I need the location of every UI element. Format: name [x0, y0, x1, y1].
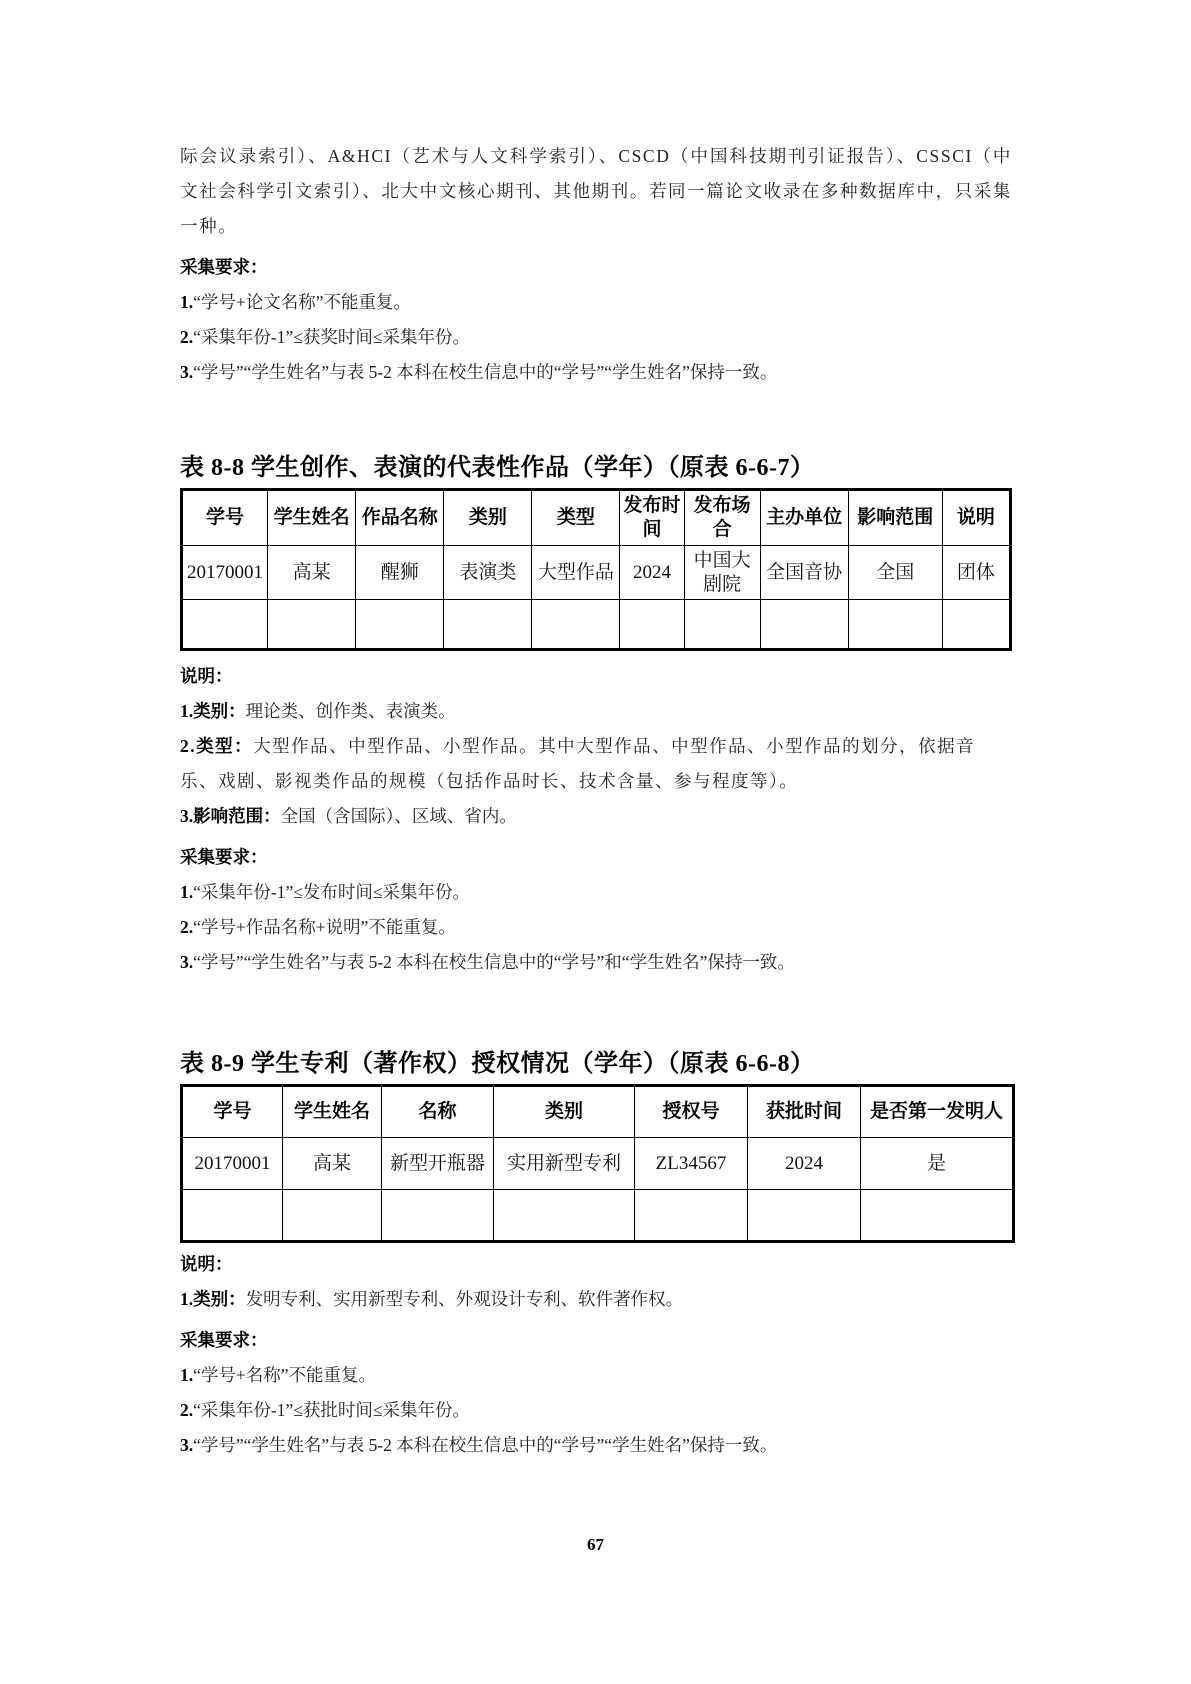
table-cell — [382, 1190, 494, 1242]
column-header: 授权号 — [635, 1086, 748, 1138]
table-cell: ZL34567 — [635, 1138, 748, 1190]
table-cell — [848, 600, 942, 650]
table-cell: 表演类 — [444, 546, 532, 600]
table-cell — [748, 1190, 861, 1242]
table-cell — [760, 600, 848, 650]
notes-heading: 说明： — [180, 659, 1012, 694]
column-header: 类别 — [444, 490, 532, 546]
column-header: 作品名称 — [356, 490, 444, 546]
table-cell: 高某 — [268, 546, 356, 600]
table-cell: 全国 — [848, 546, 942, 600]
table-cell: 20170001 — [182, 546, 268, 600]
table-cell: 高某 — [283, 1138, 382, 1190]
table-cell: 全国音协 — [760, 546, 848, 600]
table-row-empty — [182, 600, 1011, 650]
table-cell: 2024 — [620, 546, 684, 600]
note-item: 2.类型：大型作品、中型作品、小型作品。其中大型作品、中型作品、小型作品的划分，… — [180, 729, 1012, 799]
table-title: 表 8-8 学生创作、表演的代表性作品（学年）（原表 6-6-7） — [180, 448, 1012, 488]
requirements-heading: 采集要求： — [180, 840, 1012, 875]
requirement-item: 3.“学号”“学生姓名”与表 5-2 本科在校生信息中的“学号”“学生姓名”保持… — [180, 1428, 1012, 1463]
table-cell: 大型作品 — [532, 546, 620, 600]
table-cell — [635, 1190, 748, 1242]
note-item: 1.类别：理论类、创作类、表演类。 — [180, 694, 1012, 729]
column-header: 学号 — [182, 490, 268, 546]
column-header: 发布时间 — [620, 490, 684, 546]
column-header: 类别 — [494, 1086, 635, 1138]
table-cell: 醒狮 — [356, 546, 444, 600]
requirements-heading: 采集要求： — [180, 250, 1012, 285]
table-row-empty — [182, 1190, 1014, 1242]
table-cell — [861, 1190, 1014, 1242]
table-cell: 是 — [861, 1138, 1014, 1190]
column-header: 获批时间 — [748, 1086, 861, 1138]
column-header: 说明 — [942, 490, 1010, 546]
table-cell — [182, 600, 268, 650]
column-header: 学号 — [182, 1086, 283, 1138]
note-item: 1.类别：发明专利、实用新型专利、外观设计专利、软件著作权。 — [180, 1282, 1012, 1317]
requirement-item: 3.“学号”“学生姓名”与表 5-2 本科在校生信息中的“学号”“学生姓名”保持… — [180, 355, 1012, 390]
column-header: 学生姓名 — [283, 1086, 382, 1138]
column-header: 主办单位 — [760, 490, 848, 546]
table-cell: 中国大剧院 — [684, 546, 760, 600]
table-cell: 20170001 — [182, 1138, 283, 1190]
table-header-row: 学号 学生姓名 名称 类别 授权号 获批时间 是否第一发明人 — [182, 1086, 1014, 1138]
table-cell — [942, 600, 1010, 650]
requirement-item: 2.“采集年份-1”≤获批时间≤采集年份。 — [180, 1393, 1012, 1428]
column-header: 学生姓名 — [268, 490, 356, 546]
table-cell — [356, 600, 444, 650]
table-title: 表 8-9 学生专利（著作权）授权情况（学年）（原表 6-6-8） — [180, 1044, 1012, 1084]
table-8-9-section: 表 8-9 学生专利（著作权）授权情况（学年）（原表 6-6-8） 学号 学生姓… — [180, 1044, 1012, 1463]
table-cell — [532, 600, 620, 650]
intro-section: 际会议录索引）、A&HCI（艺术与人文科学索引）、CSCD（中国科技期刊引证报告… — [180, 139, 1012, 390]
requirement-item: 1.“采集年份-1”≤发布时间≤采集年份。 — [180, 875, 1012, 910]
table-cell: 团体 — [942, 546, 1010, 600]
table-8-9: 学号 学生姓名 名称 类别 授权号 获批时间 是否第一发明人 20170001 … — [180, 1084, 1015, 1243]
requirement-item: 1.“学号+论文名称”不能重复。 — [180, 285, 1012, 320]
table-row: 20170001 高某 醒狮 表演类 大型作品 2024 中国大剧院 全国音协 … — [182, 546, 1011, 600]
requirement-item: 3.“学号”“学生姓名”与表 5-2 本科在校生信息中的“学号”和“学生姓名”保… — [180, 945, 1012, 980]
requirement-item: 2.“学号+作品名称+说明”不能重复。 — [180, 910, 1012, 945]
column-header: 名称 — [382, 1086, 494, 1138]
table-cell: 2024 — [748, 1138, 861, 1190]
table-row: 20170001 高某 新型开瓶器 实用新型专利 ZL34567 2024 是 — [182, 1138, 1014, 1190]
column-header: 发布场合 — [684, 490, 760, 546]
notes-heading: 说明： — [180, 1247, 1012, 1282]
table-cell: 实用新型专利 — [494, 1138, 635, 1190]
note-item: 3.影响范围：全国（含国际）、区域、省内。 — [180, 799, 1012, 834]
table-cell: 新型开瓶器 — [382, 1138, 494, 1190]
column-header: 类型 — [532, 490, 620, 546]
requirement-item: 2.“采集年份-1”≤获奖时间≤采集年份。 — [180, 320, 1012, 355]
table-cell — [620, 600, 684, 650]
table-cell — [444, 600, 532, 650]
page-number: 67 — [0, 1535, 1191, 1555]
table-cell — [182, 1190, 283, 1242]
column-header: 是否第一发明人 — [861, 1086, 1014, 1138]
table-cell — [268, 600, 356, 650]
table-cell — [684, 600, 760, 650]
table-cell — [494, 1190, 635, 1242]
table-cell — [283, 1190, 382, 1242]
intro-paragraph: 际会议录索引）、A&HCI（艺术与人文科学索引）、CSCD（中国科技期刊引证报告… — [180, 139, 1012, 244]
requirement-item: 1.“学号+名称”不能重复。 — [180, 1358, 1012, 1393]
table-8-8-section: 表 8-8 学生创作、表演的代表性作品（学年）（原表 6-6-7） 学号 学生姓… — [180, 448, 1012, 980]
table-header-row: 学号 学生姓名 作品名称 类别 类型 发布时间 发布场合 主办单位 影响范围 说… — [182, 490, 1011, 546]
column-header: 影响范围 — [848, 490, 942, 546]
table-8-8: 学号 学生姓名 作品名称 类别 类型 发布时间 发布场合 主办单位 影响范围 说… — [180, 488, 1012, 651]
requirements-heading: 采集要求： — [180, 1323, 1012, 1358]
